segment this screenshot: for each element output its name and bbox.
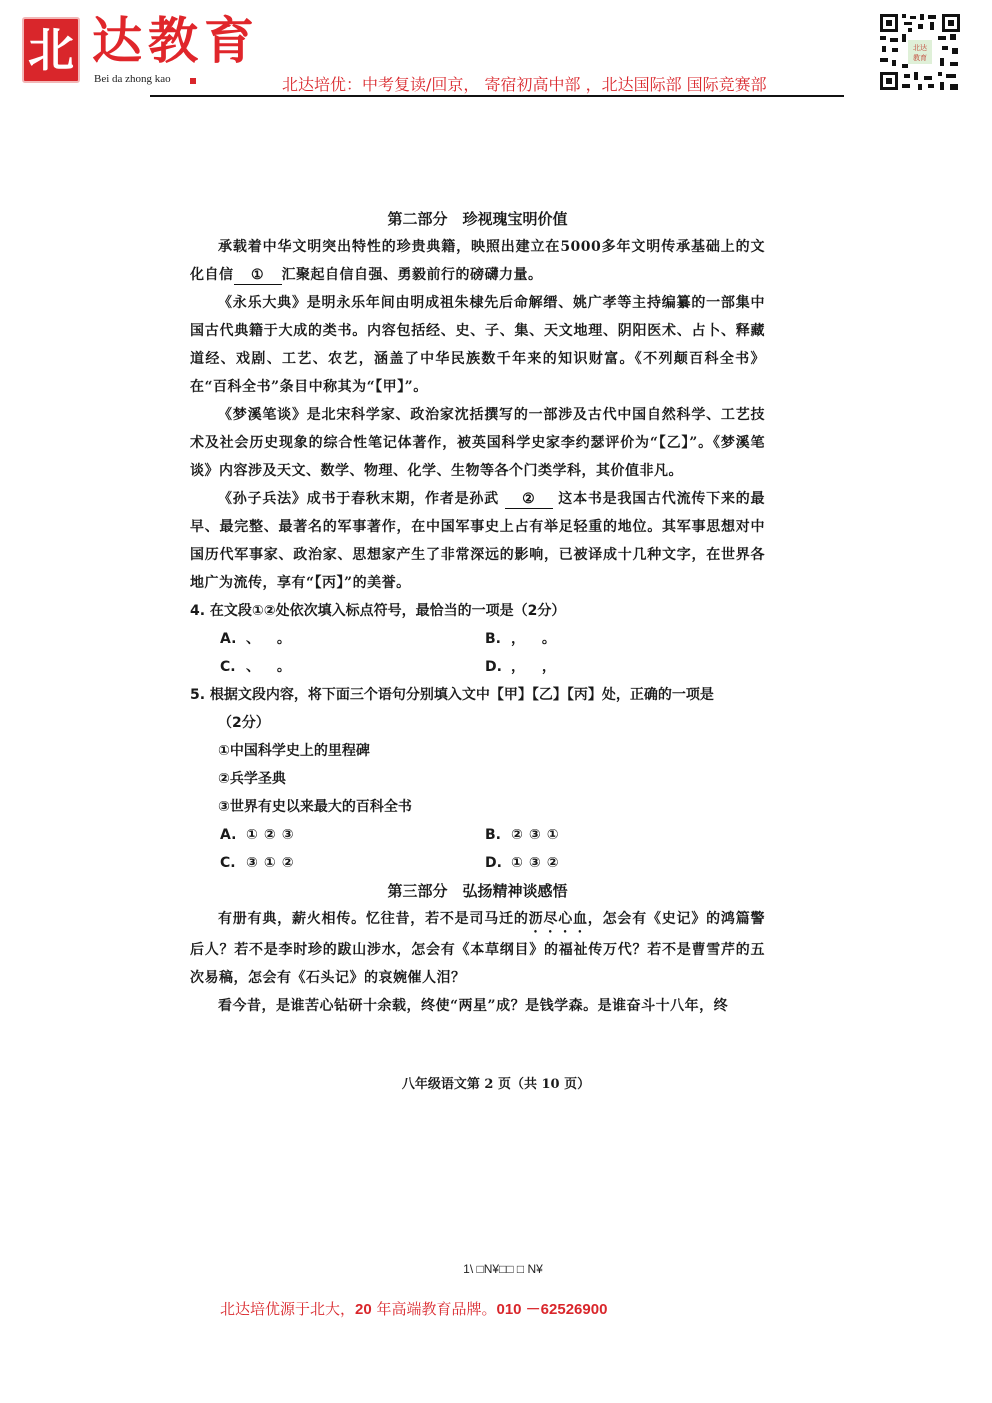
option-letter: A. bbox=[220, 821, 246, 849]
q5-item-3: ③世界有史以来最大的百科全书 bbox=[190, 793, 765, 821]
paragraph-intro: 承载着中华文明突出特性的珍贵典籍，映照出建立在5000多年文明传承基础上的文化自… bbox=[190, 233, 765, 289]
header-divider bbox=[150, 95, 844, 97]
q5-option-c[interactable]: C.③①② bbox=[220, 849, 485, 877]
exam-content: 第二部分 珍视瑰宝明价值 承载着中华文明突出特性的珍贵典籍，映照出建立在5000… bbox=[190, 205, 765, 1020]
question-5-stem: 5. 根据文段内容，将下面三个语句分别填入文中【甲】【乙】【丙】处，正确的一项是 bbox=[190, 681, 765, 709]
q4-option-c[interactable]: C.、 。 bbox=[220, 653, 485, 681]
option-letter: C. bbox=[220, 653, 246, 681]
blank-1: ① bbox=[234, 266, 282, 285]
footer-slogan-text-2: 年高端教育品牌。 bbox=[372, 1300, 497, 1318]
paragraph-yongle: 《永乐大典》是明永乐年间由明成祖朱棣先后命解缙、姚广孝等主持编纂的一部集中国古代… bbox=[190, 289, 765, 401]
part3-text-a: 有册有典，薪火相传。忆往昔，若不是司马迁的 bbox=[218, 911, 529, 927]
header-slogan: 北达培优：中考复读/回京， 寄宿初高中部 ，北达国际部 国际竞赛部 bbox=[282, 72, 767, 95]
logo-title: 达教育 bbox=[92, 16, 260, 66]
option-letter: C. bbox=[220, 849, 246, 877]
footer-slogan: 北达培优源于北大，20 年高端教育品牌。010 －62526900 bbox=[220, 1298, 607, 1319]
svg-text:教育: 教育 bbox=[913, 53, 927, 62]
question-4-stem: 4. 在文段①②处依次填入标点符号，最恰当的一项是（2分） bbox=[190, 597, 765, 625]
option-value: 、 。 bbox=[246, 631, 297, 647]
option-value: 、 。 bbox=[246, 659, 297, 675]
question-5-points: （2分） bbox=[190, 709, 765, 737]
option-letter: D. bbox=[485, 849, 511, 877]
footer-phone: 010 －62526900 bbox=[496, 1301, 607, 1318]
q4-option-d[interactable]: D.， ， bbox=[485, 653, 750, 681]
option-value: ， 。 bbox=[511, 631, 562, 647]
option-value: ， ， bbox=[511, 659, 562, 675]
footer-years: 20 bbox=[355, 1301, 372, 1318]
footer-slogan-text-1: 北达培优源于北大， bbox=[220, 1300, 355, 1318]
q4-option-b[interactable]: B.， 。 bbox=[485, 625, 750, 653]
paragraph-part3-1: 有册有典，薪火相传。忆往昔，若不是司马迁的沥尽心血，怎会有《史记》的鸿篇警后人？… bbox=[190, 905, 765, 992]
intro-text-b: 汇聚起自信自强、勇毅前行的磅礴力量。 bbox=[282, 267, 543, 283]
paragraph-sunzi: 《孙子兵法》成书于春秋末期，作者是孙武 ② 这本书是我国古代流传下来的最早、最完… bbox=[190, 485, 765, 597]
logo-char: 北 bbox=[28, 27, 74, 73]
question-4-options-row1: A.、 。 B.， 。 bbox=[190, 625, 765, 653]
q5-option-a[interactable]: A.①②③ bbox=[220, 821, 485, 849]
paragraph-mengxi: 《梦溪笔谈》是北宋科学家、政治家沈括撰写的一部涉及古代中国自然科学、工艺技术及社… bbox=[190, 401, 765, 485]
section-title-part3: 第三部分 弘扬精神谈感悟 bbox=[190, 877, 765, 905]
blank-2: ② bbox=[505, 490, 553, 509]
section-title-part2: 第二部分 珍视瑰宝明价值 bbox=[190, 205, 765, 233]
q5-item-1: ①中国科学史上的里程碑 bbox=[190, 737, 765, 765]
paragraph-part3-2: 看今昔，是谁苦心钻研十余载，终使“两星”成？是钱学森。是谁奋斗十八年，终 bbox=[190, 992, 765, 1020]
q5-item-2: ②兵学圣典 bbox=[190, 765, 765, 793]
question-4-options-row2: C.、 。 D.， ， bbox=[190, 653, 765, 681]
question-5-options-row1: A.①②③ B.②③① bbox=[190, 821, 765, 849]
option-letter: B. bbox=[485, 625, 511, 653]
option-letter: B. bbox=[485, 821, 511, 849]
garbled-text: 1\ □N¥□□ □ N¥ bbox=[0, 1262, 992, 1276]
logo-mark: 北 bbox=[22, 17, 80, 83]
qr-code-icon: 北达 教育 bbox=[878, 12, 962, 92]
option-value: ③①② bbox=[246, 855, 300, 871]
option-value: ②③① bbox=[511, 827, 565, 843]
svg-text:北达: 北达 bbox=[913, 43, 927, 52]
emphasized-phrase: 沥尽心血 bbox=[529, 911, 588, 927]
page-number: 八年级语文第 2 页（共 10 页） bbox=[0, 1073, 992, 1092]
q5-option-d[interactable]: D.①③② bbox=[485, 849, 750, 877]
q5-option-b[interactable]: B.②③① bbox=[485, 821, 750, 849]
q4-option-a[interactable]: A.、 。 bbox=[220, 625, 485, 653]
option-value: ①②③ bbox=[246, 827, 300, 843]
logo-square-icon bbox=[190, 78, 196, 84]
option-letter: D. bbox=[485, 653, 511, 681]
question-5-options-row2: C.③①② D.①③② bbox=[190, 849, 765, 877]
logo-subtitle: Bei da zhong kao bbox=[94, 73, 171, 85]
option-letter: A. bbox=[220, 625, 246, 653]
sunzi-text-a: 《孙子兵法》成书于春秋末期，作者是孙武 bbox=[218, 491, 499, 507]
option-value: ①③② bbox=[511, 855, 565, 871]
